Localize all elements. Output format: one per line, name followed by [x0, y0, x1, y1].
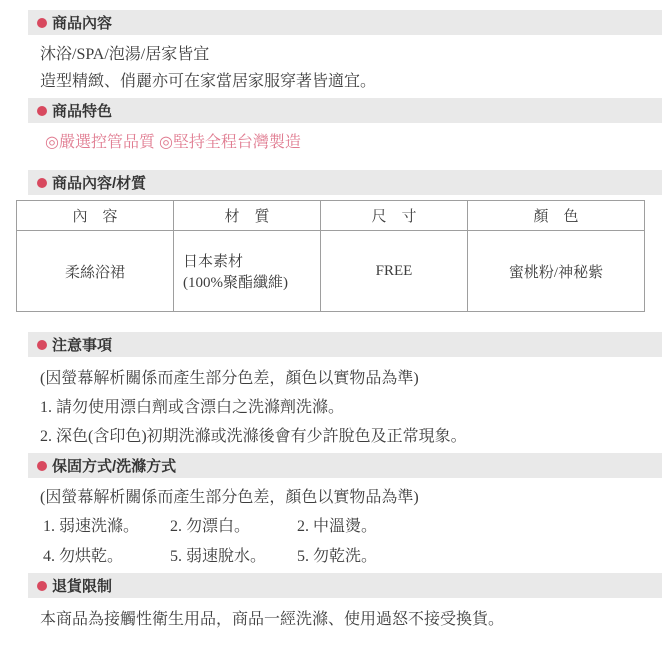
bullet-icon [37, 18, 47, 28]
spec-cell-content: 柔絲浴裙 [17, 231, 174, 312]
care-item: 5. 弱速脫水。 [170, 542, 293, 572]
bullet-icon [37, 461, 47, 471]
spec-cell-material-line1: 日本素材 [183, 250, 320, 271]
care-row: 1. 弱速洗滌。 2. 勿漂白。 2. 中溫燙。 [43, 512, 662, 542]
care-item: 4. 勿烘乾。 [43, 542, 166, 572]
spec-header-material: 材 質 [174, 201, 321, 231]
notices-line: 2. 深色(含印色)初期洗滌或洗滌後會有少許脫色及正常現象。 [40, 422, 662, 451]
bullet-icon [37, 178, 47, 188]
product-content-line: 沐浴/SPA/泡湯/居家皆宜 [40, 41, 662, 68]
section-title-product-features: 商品特色 [52, 100, 112, 121]
care-note: (因螢幕解析關係而產生部分色差，顏色以實物品為準) [40, 484, 662, 512]
spec-header-row: 內 容 材 質 尺 寸 顏 色 [17, 201, 645, 231]
product-features-line: ◎嚴選控管品質 ◎堅持全程台灣製造 [45, 131, 662, 154]
care-item: 2. 勿漂白。 [170, 512, 293, 542]
notices-body: (因螢幕解析關係而產生部分色差，顏色以實物品為準) 1. 請勿使用漂白劑或含漂白… [40, 364, 662, 451]
care-row: 4. 勿烘乾。 5. 弱速脫水。 5. 勿乾洗。 [43, 542, 662, 572]
section-header-returns: 退貨限制 [28, 573, 662, 598]
spec-data-row: 柔絲浴裙 日本素材 (100%聚酯纖維) FREE 蜜桃粉/神秘紫 [17, 231, 645, 312]
care-item: 1. 弱速洗滌。 [43, 512, 166, 542]
section-title-material-spec: 商品內容/材質 [52, 172, 146, 193]
bullet-icon [37, 106, 47, 116]
spec-cell-material: 日本素材 (100%聚酯纖維) [174, 231, 321, 312]
section-header-material-spec: 商品內容/材質 [28, 170, 662, 195]
notices-line: 1. 請勿使用漂白劑或含漂白之洗滌劑洗滌。 [40, 393, 662, 422]
section-title-returns: 退貨限制 [52, 575, 112, 596]
bullet-icon [37, 340, 47, 350]
section-header-product-features: 商品特色 [28, 98, 662, 123]
section-title-product-content: 商品內容 [52, 12, 112, 33]
spec-header-content: 內 容 [17, 201, 174, 231]
product-content-line: 造型精緻、俏麗亦可在家當居家服穿著皆適宜。 [40, 68, 662, 95]
spec-header-color: 顏 色 [468, 201, 645, 231]
section-header-care: 保固方式/洗滌方式 [28, 453, 662, 478]
spec-cell-material-line2: (100%聚酯纖維) [183, 271, 320, 292]
returns-line: 本商品為接觸性衛生用品，商品一經洗滌、使用過怒不接受換貨。 [40, 607, 662, 633]
section-title-notices: 注意事項 [52, 334, 112, 355]
notices-line: (因螢幕解析關係而產生部分色差，顏色以實物品為準) [40, 364, 662, 393]
spec-cell-size: FREE [321, 231, 468, 312]
product-content-body: 沐浴/SPA/泡湯/居家皆宜 造型精緻、俏麗亦可在家當居家服穿著皆適宜。 [40, 41, 662, 95]
section-header-product-content: 商品內容 [28, 10, 662, 35]
bullet-icon [37, 581, 47, 591]
spec-cell-color: 蜜桃粉/神秘紫 [468, 231, 645, 312]
section-header-notices: 注意事項 [28, 332, 662, 357]
care-body: (因螢幕解析關係而產生部分色差，顏色以實物品為準) 1. 弱速洗滌。 2. 勿漂… [40, 484, 662, 572]
spec-table: 內 容 材 質 尺 寸 顏 色 柔絲浴裙 日本素材 (100%聚酯纖維) FRE… [16, 200, 645, 312]
section-title-care: 保固方式/洗滌方式 [52, 455, 176, 476]
spec-header-size: 尺 寸 [321, 201, 468, 231]
care-item: 5. 勿乾洗。 [297, 542, 420, 572]
care-item: 2. 中溫燙。 [297, 512, 420, 542]
